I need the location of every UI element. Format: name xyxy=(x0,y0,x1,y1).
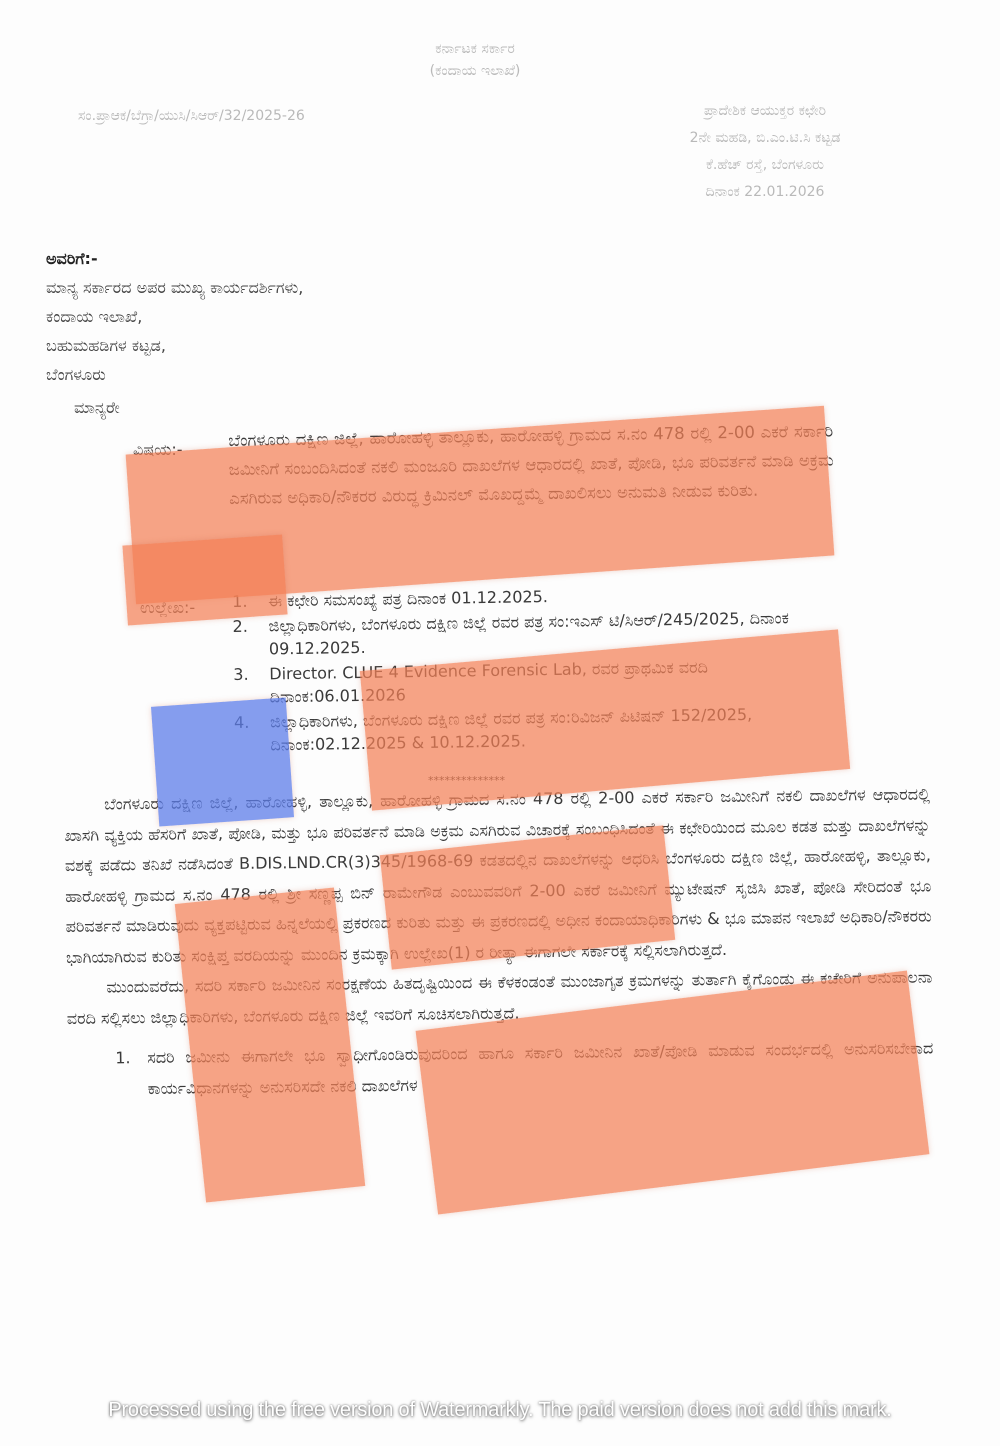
letterhead-center: ಕರ್ನಾಟಕ ಸರ್ಕಾರ (ಕಂದಾಯ ಇಲಾಖೆ) xyxy=(380,38,570,82)
references-list: 1. ಈ ಕಛೇರಿ ಸಮಸಂಖ್ಯೆ ಪತ್ರ ದಿನಾಂಕ 01.12.20… xyxy=(232,580,840,758)
recipient-line-3: ಬಹುಮಹಡಿಗಳ ಕಟ್ಟಡ, xyxy=(46,331,303,360)
list-item-text: ಸದರಿ ಜಮೀನು ಈಗಾಗಲೇ ಭೂ ಸ್ವಾಧೀಗೊಂಡಿರುವುದರಿಂ… xyxy=(147,1038,933,1097)
government-name: ಕರ್ನಾಟಕ ಸರ್ಕಾರ xyxy=(380,38,570,60)
recipient-line-1: ಮಾನ್ಯ ಸರ್ಕಾರದ ಅಪರ ಮುಖ್ಯ ಕಾರ್ಯದರ್ಶಿಗಳು, xyxy=(46,273,303,302)
office-line-3: ಕೆ.ಹೆಚ್ ರಸ್ತೆ, ಬೆಂಗಳೂರು xyxy=(620,152,910,179)
office-address: ಪ್ರಾದೇಶಿಕ ಆಯುಕ್ತರ ಕಛೇರಿ 2ನೇ ಮಹಡಿ, ಬಿ.ಎಂ.… xyxy=(620,98,910,206)
to-label: ಅವರಿಗೆ:- xyxy=(46,244,303,273)
letter-date: ದಿನಾಂಕ 22.01.2026 xyxy=(620,179,910,206)
body-paragraph-2: ಮುಂದುವರೆದು, ಸದರಿ ಸರ್ಕಾರಿ ಜಮೀನಿನ ಸಂರಕ್ಷಣೆ… xyxy=(66,962,933,1034)
watermark-text: Processed using the free version of Wate… xyxy=(0,1399,1000,1422)
body-list-item-1: 1. ಸದರಿ ಜಮೀನು ಈಗಾಗಲೇ ಭೂ ಸ್ವಾಧೀಗೊಂಡಿರುವುದ… xyxy=(67,1033,934,1105)
office-line-1: ಪ್ರಾದೇಶಿಕ ಆಯುಕ್ತರ ಕಛೇರಿ xyxy=(620,98,910,125)
reference-number-label: 4. xyxy=(234,710,271,757)
recipient-line-2: ಕಂದಾಯ ಇಲಾಖೆ, xyxy=(46,302,303,331)
reference-number-label: 2. xyxy=(232,614,269,661)
reference-text: Director. CLUE 4 Evidence Forensic Lab, … xyxy=(269,653,839,708)
recipient-line-4: ಬೆಂಗಳೂರು xyxy=(46,360,303,389)
recipient-block: ಅವರಿಗೆ:- ಮಾನ್ಯ ಸರ್ಕಾರದ ಅಪರ ಮುಖ್ಯ ಕಾರ್ಯದರ… xyxy=(46,244,303,389)
letter-body: ಬೆಂಗಳೂರು ದಕ್ಷಿಣ ಜಿಲ್ಲೆ, ಹಾರೋಹಳ್ಳಿ, ತಾಲ್ಲ… xyxy=(64,779,934,1105)
subject-text: ಬೆಂಗಳೂರು ದಕ್ಷಿಣ ಜಿಲ್ಲೆ, ಹಾರೋಹಳ್ಳಿ ತಾಲ್ಲೂ… xyxy=(228,416,834,512)
reference-number: ಸಂ.ಪ್ರಾಆಕ/ಬೆಗ್ರಾ/ಯುಸಿ/ಸಿಆರ್/32/2025-26 xyxy=(78,108,305,124)
reference-text: ಜಿಲ್ಲಾಧಿಕಾರಿಗಳು, ಬೆಂಗಳೂರು ದಕ್ಷಿಣ ಜಿಲ್ಲೆ … xyxy=(268,605,838,660)
subject-label: ವಿಷಯ:- xyxy=(133,440,183,460)
salutation: ಮಾನ್ಯರೇ xyxy=(74,398,120,418)
department-name: (ಕಂದಾಯ ಇಲಾಖೆ) xyxy=(380,60,570,82)
references-label: ಉಲ್ಲೇಖ:- xyxy=(140,598,195,618)
reference-text: ಜಿಲ್ಲಾಧಿಕಾರಿಗಳು, ಬೆಂಗಳೂರು ದಕ್ಷಿಣ ಜಿಲ್ಲೆ … xyxy=(270,701,840,756)
reference-number-label: 3. xyxy=(233,662,270,709)
office-line-2: 2ನೇ ಮಹಡಿ, ಬಿ.ಎಂ.ಟಿ.ಸಿ ಕಟ್ಟಡ xyxy=(620,125,910,152)
body-paragraph-1: ಬೆಂಗಳೂರು ದಕ್ಷಿಣ ಜಿಲ್ಲೆ, ಹಾರೋಹಳ್ಳಿ, ತಾಲ್ಲ… xyxy=(64,779,932,973)
reference-text: ಈ ಕಛೇರಿ ಸಮಸಂಖ್ಯೆ ಪತ್ರ ದಿನಾಂಕ 01.12.2025. xyxy=(268,585,548,612)
list-item-number: 1. xyxy=(115,1043,131,1074)
reference-item: 4. ಜಿಲ್ಲಾಧಿಕಾರಿಗಳು, ಬೆಂಗಳೂರು ದಕ್ಷಿಣ ಜಿಲ್… xyxy=(234,701,840,756)
reference-item: 2. ಜಿಲ್ಲಾಧಿಕಾರಿಗಳು, ಬೆಂಗಳೂರು ದಕ್ಷಿಣ ಜಿಲ್… xyxy=(232,605,838,660)
reference-item: 3. Director. CLUE 4 Evidence Forensic La… xyxy=(233,653,839,708)
document-page: ಕರ್ನಾಟಕ ಸರ್ಕಾರ (ಕಂದಾಯ ಇಲಾಖೆ) ಸಂ.ಪ್ರಾಆಕ/ಬ… xyxy=(0,0,1000,1446)
reference-number-label: 1. xyxy=(232,589,268,613)
